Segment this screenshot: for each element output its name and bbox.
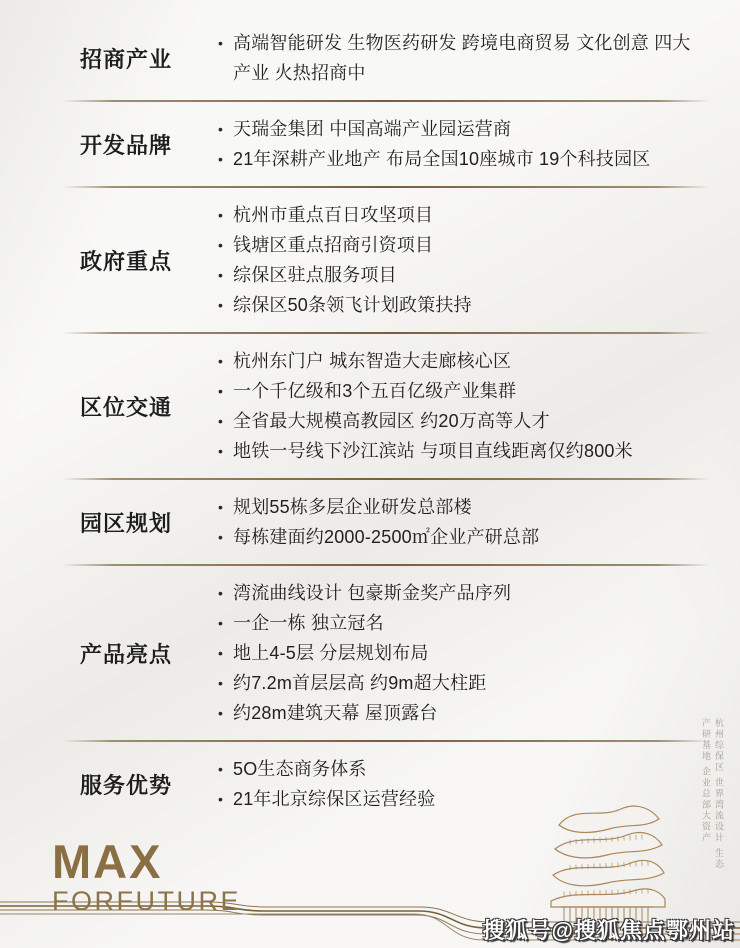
info-table: 招商产业 高端智能研发 生物医药研发 跨境电商贸易 文化创意 四大产业 火热招商… (0, 0, 740, 826)
promo-poster: 招商产业 高端智能研发 生物医药研发 跨境电商贸易 文化创意 四大产业 火热招商… (0, 0, 740, 948)
section-row: 产品亮点 湾流曲线设计 包豪斯金奖产品序列一企一栋 独立冠名地上4-5层 分层规… (0, 566, 740, 740)
bullet-item: 湾流曲线设计 包豪斯金奖产品序列 (218, 578, 706, 608)
logo-forfuture-text: FORFUTURE (52, 887, 241, 915)
bullet-item: 全省最大规模高教园区 约20万高等人才 (218, 406, 706, 436)
section-label: 服务优势 (0, 769, 218, 800)
bullet-list: 杭州市重点百日攻坚项目钱塘区重点招商引资项目综保区驻点服务项目综保区50条领飞计… (218, 200, 740, 320)
section-label: 开发品牌 (0, 129, 218, 160)
bullet-item: 规划55栋多层企业研发总部楼 (218, 492, 706, 522)
bullet-list: 规划55栋多层企业研发总部楼每栋建面约2000-2500㎡企业产研总部 (218, 492, 740, 552)
bullet-item: 21年深耕产业地产 布局全国10座城市 19个科技园区 (218, 144, 706, 174)
bullet-item: 约7.2m首层层高 约9m超大柱距 (218, 668, 706, 698)
bullet-list: 杭州东门户 城东智造大走廊核心区一个千亿级和3个五百亿级产业集群全省最大规模高教… (218, 346, 740, 466)
bullet-item: 每栋建面约2000-2500㎡企业产研总部 (218, 522, 706, 552)
bullet-item: 杭州市重点百日攻坚项目 (218, 200, 706, 230)
watermark-text: 搜狐号@搜狐焦点鄂州站 (483, 914, 735, 945)
section-row: 园区规划 规划55栋多层企业研发总部楼每栋建面约2000-2500㎡企业产研总部 (0, 480, 740, 564)
bullet-list: 湾流曲线设计 包豪斯金奖产品序列一企一栋 独立冠名地上4-5层 分层规划布局约7… (218, 578, 740, 728)
bullet-item: 一个千亿级和3个五百亿级产业集群 (218, 376, 706, 406)
bullet-list: 高端智能研发 生物医药研发 跨境电商贸易 文化创意 四大产业 火热招商中 (218, 28, 740, 88)
section-row: 区位交通 杭州东门户 城东智造大走廊核心区一个千亿级和3个五百亿级产业集群全省最… (0, 334, 740, 478)
section-label: 区位交通 (0, 391, 218, 422)
logo-max-text: MAX (52, 838, 241, 886)
bullet-item: 钱塘区重点招商引资项目 (218, 230, 706, 260)
section-label: 招商产业 (0, 43, 218, 74)
section-label: 产品亮点 (0, 638, 218, 669)
bullet-list: 5O生态商务体系21年北京综保区运营经验 (218, 754, 740, 814)
bullet-item: 天瑞金集团 中国高端产业园运营商 (218, 114, 706, 144)
bullet-item: 高端智能研发 生物医药研发 跨境电商贸易 文化创意 四大产业 火热招商中 (218, 28, 706, 88)
bullet-item: 5O生态商务体系 (218, 754, 706, 784)
bullet-item: 21年北京综保区运营经验 (218, 784, 706, 814)
bullet-item: 杭州东门户 城东智造大走廊核心区 (218, 346, 706, 376)
vertical-tagline: 杭州综保区 世界湾流设计 生态产研基地 企业总部大资产 (700, 718, 726, 878)
bullet-list: 天瑞金集团 中国高端产业园运营商21年深耕产业地产 布局全国10座城市 19个科… (218, 114, 740, 174)
bullet-item: 约28m建筑天幕 屋顶露台 (218, 698, 706, 728)
section-label: 园区规划 (0, 507, 218, 538)
section-row: 招商产业 高端智能研发 生物医药研发 跨境电商贸易 文化创意 四大产业 火热招商… (0, 16, 740, 100)
section-row: 服务优势 5O生态商务体系21年北京综保区运营经验 (0, 742, 740, 826)
brand-logo: MAX FORFUTURE (52, 838, 241, 915)
bullet-item: 地铁一号线下沙江滨站 与项目直线距离仅约800米 (218, 436, 706, 466)
bullet-item: 一企一栋 独立冠名 (218, 608, 706, 638)
bullet-item: 综保区驻点服务项目 (218, 260, 706, 290)
section-label: 政府重点 (0, 245, 218, 276)
section-row: 政府重点 杭州市重点百日攻坚项目钱塘区重点招商引资项目综保区驻点服务项目综保区5… (0, 188, 740, 332)
section-row: 开发品牌 天瑞金集团 中国高端产业园运营商21年深耕产业地产 布局全国10座城市… (0, 102, 740, 186)
bullet-item: 地上4-5层 分层规划布局 (218, 638, 706, 668)
bullet-item: 综保区50条领飞计划政策扶持 (218, 290, 706, 320)
